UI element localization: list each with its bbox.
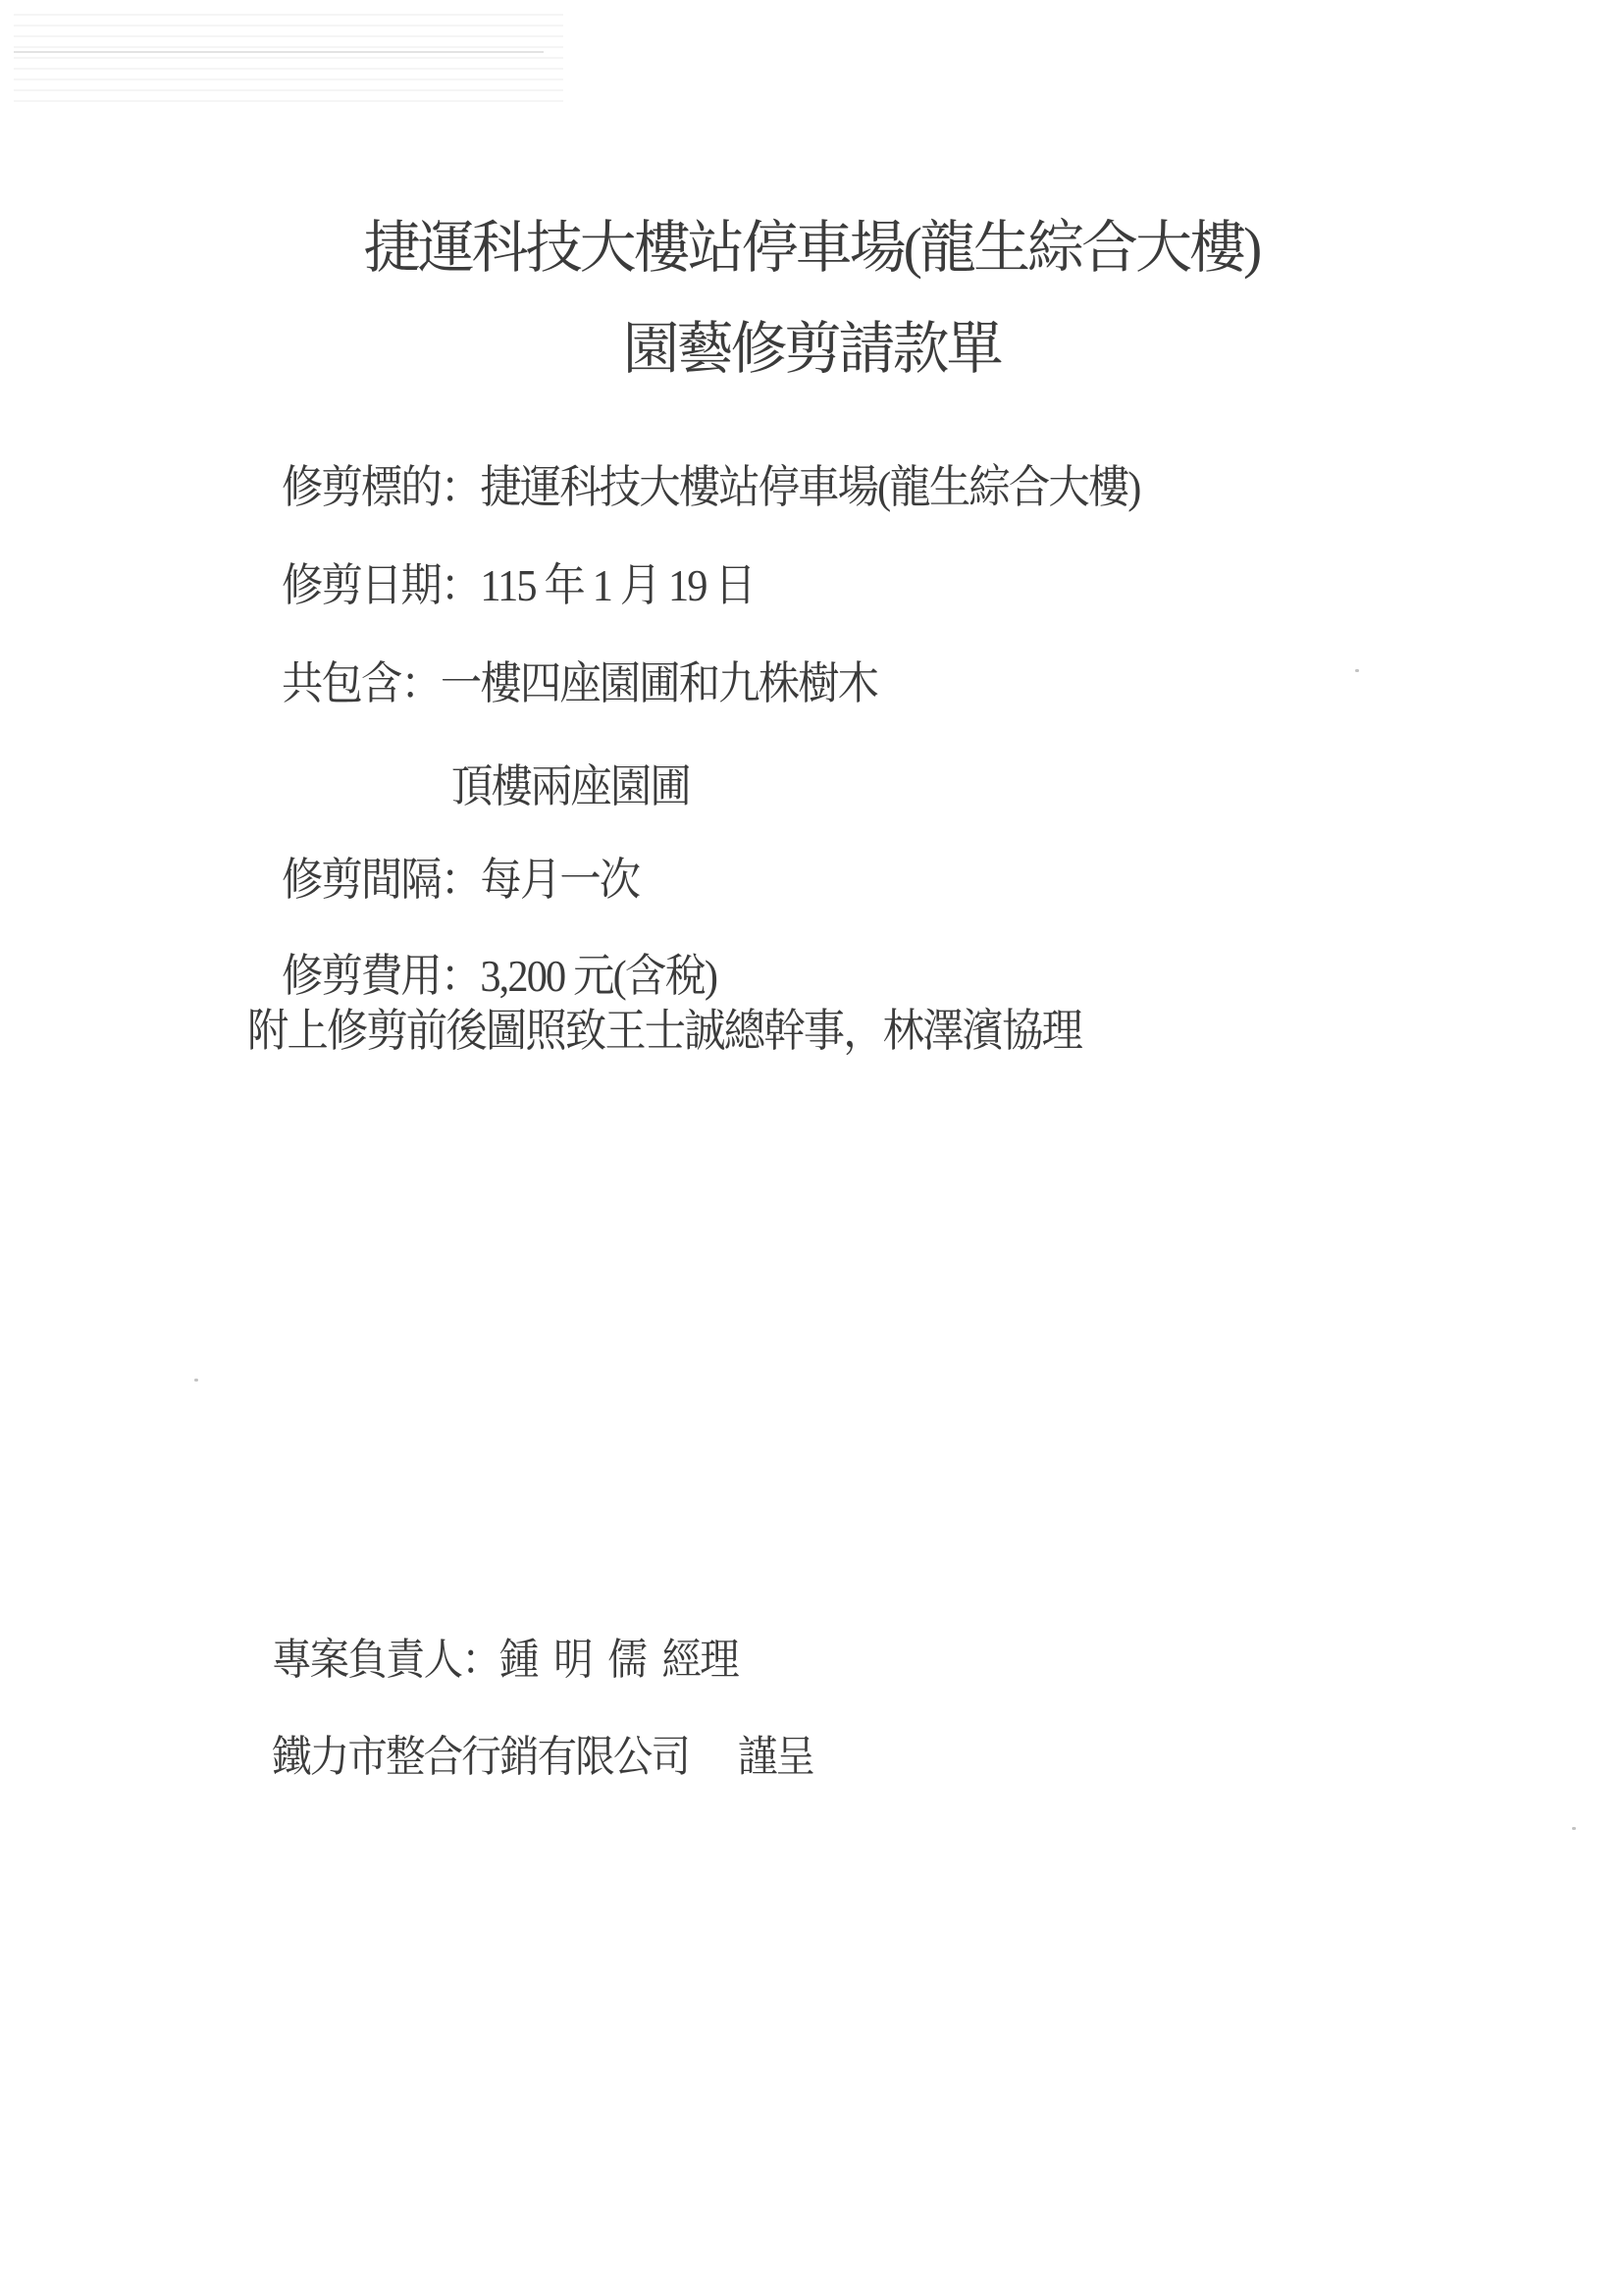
manager-title: 經理 bbox=[662, 1636, 738, 1684]
attachment-note: 附上修剪前後圖照致王士誠總幹事，林澤濱協理 bbox=[247, 1009, 1081, 1054]
field-value: 115 年 1 月 19 日 bbox=[480, 560, 754, 610]
scan-speck bbox=[1355, 669, 1359, 672]
field-value: 捷運科技大樓站停車場(龍生綜合大樓) bbox=[480, 462, 1139, 512]
manager-label: 專案負責人： bbox=[272, 1636, 499, 1684]
spacer bbox=[646, 1636, 662, 1684]
document-page: 捷運科技大樓站停車場(龍生綜合大樓) 園藝修剪請款單 修剪標的：捷運科技大樓站停… bbox=[0, 0, 1623, 2296]
spacer bbox=[689, 1733, 738, 1781]
closing-phrase: 謹呈 bbox=[738, 1733, 813, 1781]
field-label: 共包含： bbox=[282, 658, 441, 708]
field-value: 每月一次 bbox=[480, 855, 639, 905]
field-value: 頂樓兩座園圃 bbox=[451, 761, 690, 811]
scan-speck bbox=[1572, 1827, 1576, 1830]
field-value: 3,200 元(含稅) bbox=[480, 951, 716, 1001]
signature-company: 鐵力市整合行銷有限公司 謹呈 bbox=[239, 1693, 813, 1822]
scan-artifact bbox=[14, 14, 563, 102]
document-title: 捷運科技大樓站停車場(龍生綜合大樓) bbox=[0, 220, 1623, 277]
field-label: 修剪日期： bbox=[282, 560, 480, 610]
scan-artifact-rule bbox=[14, 51, 544, 53]
document-subtitle: 園藝修剪請款單 bbox=[0, 321, 1623, 378]
field-value: 一樓四座園圃和九株樹木 bbox=[441, 658, 877, 708]
manager-name: 鍾 明 儒 bbox=[499, 1636, 646, 1684]
field-label: 修剪標的： bbox=[282, 462, 480, 512]
scan-speck bbox=[194, 1379, 198, 1382]
company-name: 鐵力市整合行銷有限公司 bbox=[272, 1733, 689, 1781]
field-label: 修剪間隔： bbox=[282, 855, 480, 905]
field-label: 修剪費用： bbox=[282, 951, 480, 1001]
